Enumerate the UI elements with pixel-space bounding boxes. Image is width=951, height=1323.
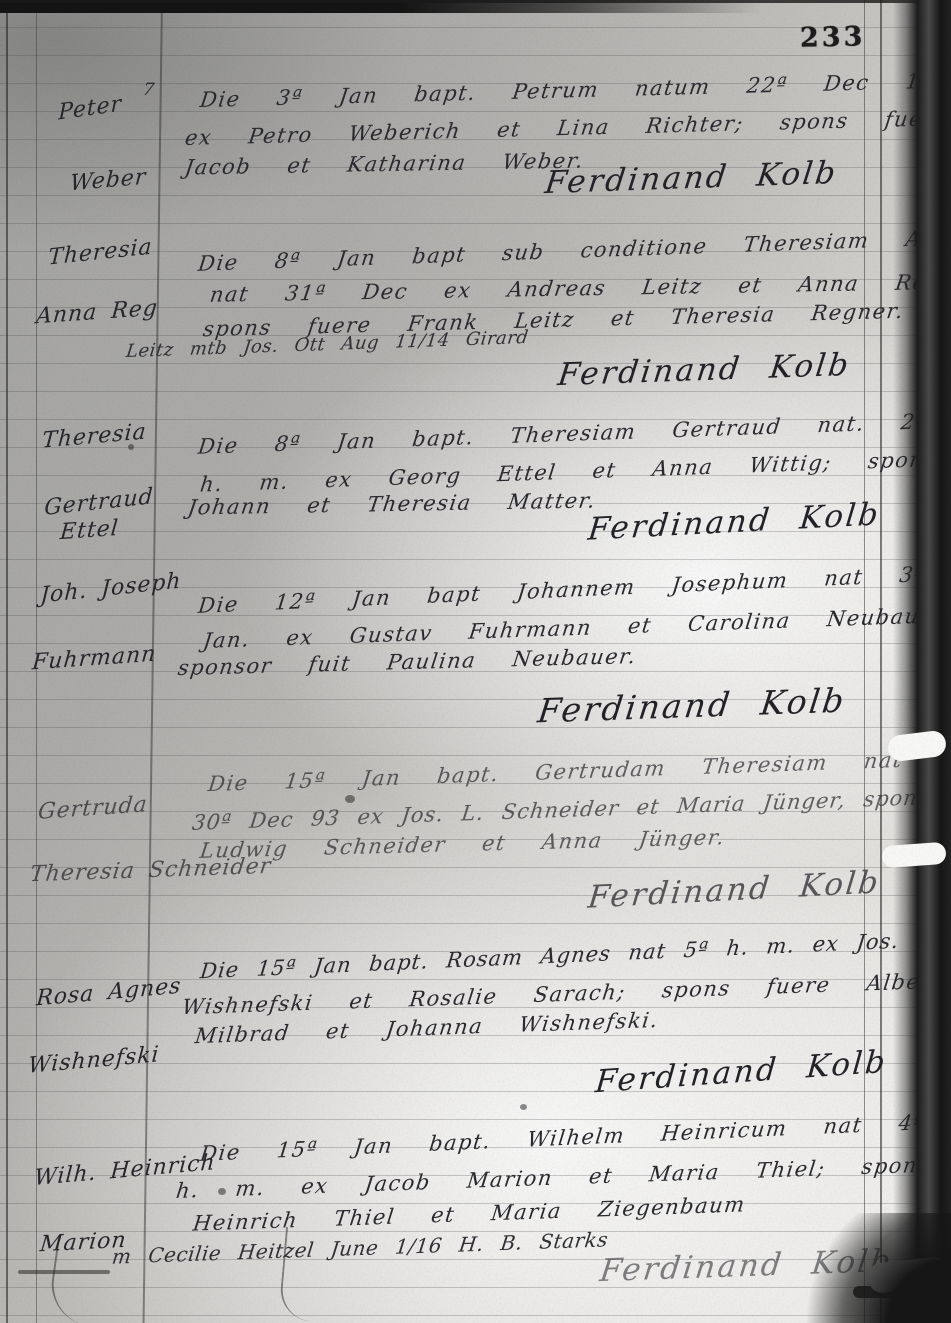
scan-top-edge <box>0 0 951 3</box>
ink-speck <box>128 444 134 450</box>
torn-paper-patch <box>881 842 946 868</box>
margin-name: Ettel <box>59 516 120 545</box>
page-curl-shadow <box>801 1213 951 1323</box>
ink-speck <box>345 795 355 803</box>
smudge-mark <box>18 1270 110 1274</box>
page-number: 233 <box>800 21 866 53</box>
register-page-scan: 233 7 Peter Weber Die 3ª Jan bapt. Petru… <box>0 0 951 1323</box>
ink-speck <box>218 1188 226 1195</box>
binding-edge-shadow <box>893 0 951 1323</box>
ink-speck <box>520 1104 527 1110</box>
left-edge-rule <box>6 0 8 1323</box>
